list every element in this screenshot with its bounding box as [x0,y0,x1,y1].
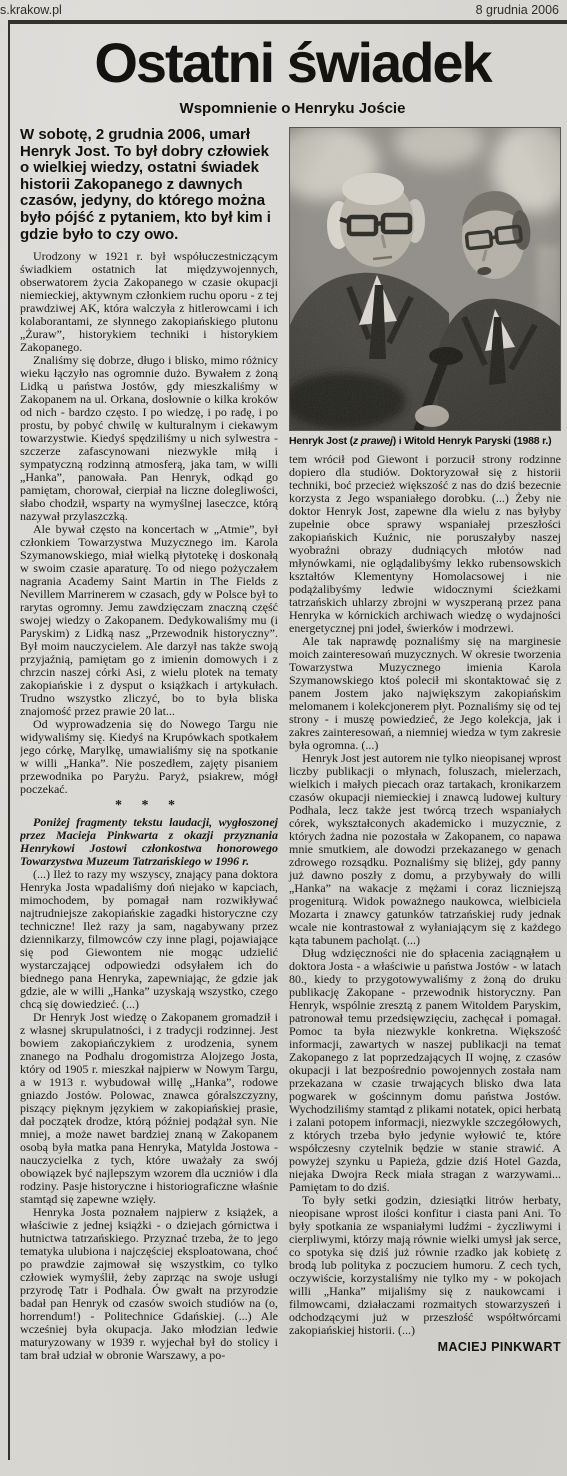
photo-caption-post: ) i Witold Henryk Paryski (1988 r.) [393,435,552,447]
article-paragraph: tem wrócił pod Giewont i porzucił strony… [289,453,561,635]
article-paragraph: Ale bywał często na koncertach w „Atmie”… [20,523,278,718]
photo-caption: Henryk Jost (z prawej) i Witold Henryk P… [289,434,561,448]
article-paragraph: Znaliśmy się dobrze, długo i blisko, mim… [20,354,278,523]
article-columns: W sobotę, 2 grudnia 2006, umarł Henryk J… [20,127,565,1362]
article-paragraph: (...) Ileż to razy my wszyscy, znający p… [20,868,278,1011]
article-title: Ostatni świadek [20,34,565,91]
issue-date: 8 grudnia 2006 [476,3,559,17]
article-paragraph: Henryka Josta poznałem najpierw z książe… [20,1206,278,1362]
article: Ostatni świadek Wspomnienie o Henryku Jo… [8,20,567,1460]
article-figure: Henryk Jost (z prawej) i Witold Henryk P… [289,127,561,448]
newspaper-page: s.krakow.pl 8 grudnia 2006 Ostatni świad… [0,0,567,1460]
right-column: Henryk Jost (z prawej) i Witold Henryk P… [289,127,561,1362]
photo-caption-italic: z prawej [353,435,393,447]
article-subtitle: Wspomnienie o Henryku Joście [20,100,565,117]
article-paragraph: Henryk Jost jest autorem nie tylko nieop… [289,752,561,947]
article-paragraph: Dr Henryk Jost wiedzę o Zakopanem gromad… [20,1011,278,1206]
left-column: W sobotę, 2 grudnia 2006, umarł Henryk J… [20,127,278,1362]
article-paragraph: Dług wdzięczności nie do spłacenia zacią… [289,947,561,1194]
masthead: s.krakow.pl 8 grudnia 2006 [0,0,567,20]
section-separator: * * * [20,799,278,813]
byline: MACIEJ PINKWART [289,1340,561,1354]
site-name: s.krakow.pl [0,3,62,17]
article-paragraph: To były setki godzin, dziesiątki litrów … [289,1194,561,1337]
article-paragraph: Urodzony w 1921 r. był współuczestnicząc… [20,250,278,354]
article-paragraph: Od wyprowadzenia się do Nowego Targu nie… [20,718,278,796]
article-lead: W sobotę, 2 grudnia 2006, umarł Henryk J… [20,127,278,243]
laudation-intro: Poniżej fragmenty tekstu laudacji, wygło… [20,816,278,868]
photo-two-men [289,127,561,431]
article-paragraph: Ale tak naprawdę poznaliśmy się na margi… [289,635,561,752]
photo-caption-pre: Henryk Jost ( [289,435,353,447]
